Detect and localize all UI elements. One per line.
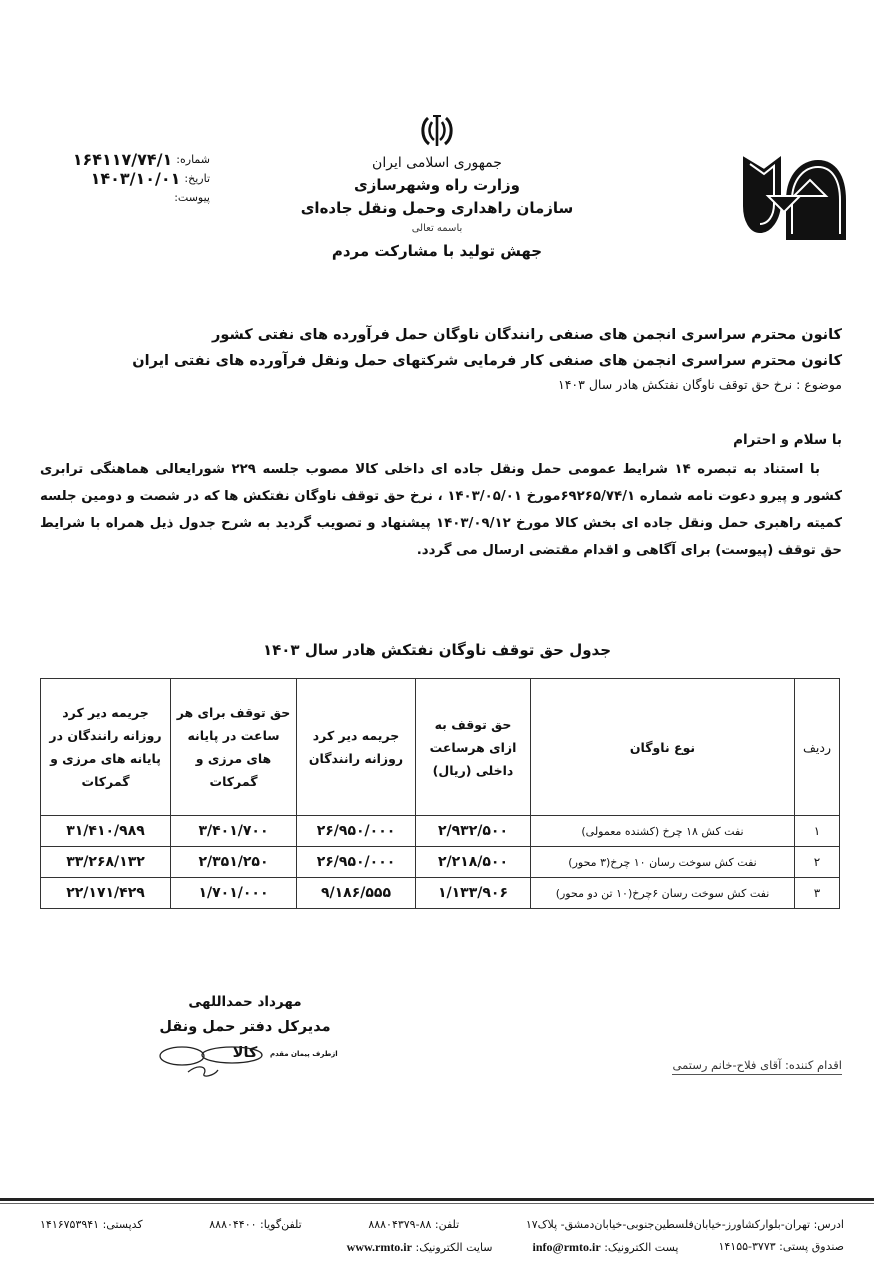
cell-border-hourly: ۳/۴۰۱/۷۰۰ xyxy=(171,816,297,847)
stoppage-rates-table: ردیف نوع ناوگان حق توقف به ازای هرساعت د… xyxy=(40,678,840,909)
footer-divider xyxy=(0,1198,874,1201)
recipient-2: کانون محترم سراسری انجمن های صنفی کار فر… xyxy=(122,348,842,374)
letter-number: شماره: ۱۶۴۱۱۷/۷۴/۱ xyxy=(40,150,210,169)
handwritten-signature-icon xyxy=(158,1042,268,1082)
cell-border-hourly: ۱/۷۰۱/۰۰۰ xyxy=(171,878,297,909)
footer-website-label: سایت الکترونیک: xyxy=(415,1241,492,1254)
footer-website-group: سایت الکترونیک: www.rmto.ir xyxy=(347,1236,493,1259)
footer-po-box: صندوق پستی: ۳۷۷۳-۱۴۱۵۵ xyxy=(718,1236,844,1259)
cell-fleet-type: نفت کش سوخت رسان ۱۰ چرخ(۳ محور) xyxy=(531,847,795,878)
table-header-row: ردیف نوع ناوگان حق توقف به ازای هرساعت د… xyxy=(41,679,840,816)
cell-fleet-type: نفت کش ۱۸ چرخ (کشنده معمولی) xyxy=(531,816,795,847)
letter-number-label: شماره: xyxy=(176,150,210,169)
footer-row-1: ادرس: تهران-بلوارکشاورز-خیابان‌فلسطین‌جن… xyxy=(40,1214,844,1236)
cell-row-number: ۳ xyxy=(795,878,840,909)
footer-phone: تلفن: ۸۸-۸۸۸۰۴۳۷۹ xyxy=(368,1214,459,1236)
footer-postal-code: کدپستی: ۱۴۱۶۷۵۳۹۴۱ xyxy=(40,1214,143,1236)
recipients: کانون محترم سراسری انجمن های صنفی رانندگ… xyxy=(122,322,842,396)
table-row: ۱ نفت کش ۱۸ چرخ (کشنده معمولی) ۲/۹۳۲/۵۰۰… xyxy=(41,816,840,847)
footer-speaking-phone: تلفن‌گویا: ۸۸۸۰۴۴۰۰ xyxy=(209,1214,301,1236)
letter-number-value: ۱۶۴۱۱۷/۷۴/۱ xyxy=(73,150,173,169)
cell-daily-penalty: ۲۶/۹۵۰/۰۰۰ xyxy=(297,816,416,847)
footer-website-link[interactable]: www.rmto.ir xyxy=(347,1240,412,1254)
cell-border-hourly: ۲/۳۵۱/۲۵۰ xyxy=(171,847,297,878)
header-daily-penalty: جریمه دیر کرد روزانه رانندگان xyxy=(297,679,416,816)
header-row-number: ردیف xyxy=(795,679,840,816)
cell-row-number: ۲ xyxy=(795,847,840,878)
table-title: جدول حق توقف ناوگان نفتکش هادر سال ۱۴۰۳ xyxy=(0,641,874,659)
cell-domestic-hourly: ۲/۹۳۲/۵۰۰ xyxy=(416,816,531,847)
invocation: باسمه تعالی xyxy=(260,220,614,238)
cell-daily-penalty: ۹/۱۸۶/۵۵۵ xyxy=(297,878,416,909)
footer-divider-thin xyxy=(0,1203,874,1204)
recipient-1: کانون محترم سراسری انجمن های صنفی رانندگ… xyxy=(122,322,842,348)
cell-row-number: ۱ xyxy=(795,816,840,847)
salutation: با سلام و احترام xyxy=(733,432,842,448)
letter-meta: شماره: ۱۶۴۱۱۷/۷۴/۱ تاریخ: ۱۴۰۳/۱۰/۰۱ پیو… xyxy=(40,150,210,207)
action-by: اقدام کننده: آقای فلاح-خانم رستمی xyxy=(672,1058,842,1075)
cell-border-daily-penalty: ۳۳/۲۶۸/۱۳۲ xyxy=(41,847,171,878)
cell-border-daily-penalty: ۲۲/۱۷۱/۴۲۹ xyxy=(41,878,171,909)
header-fleet-type: نوع ناوگان xyxy=(531,679,795,816)
ministry-name: وزارت راه وشهرسازی xyxy=(260,174,614,196)
header-domestic-hourly: حق توقف به ازای هرساعت داخلی (ریال) xyxy=(416,679,531,816)
body-paragraph: با استناد به تبصره ۱۴ شرایط عمومی حمل ون… xyxy=(40,456,842,564)
footer: ادرس: تهران-بلوارکشاورز-خیابان‌فلسطین‌جن… xyxy=(40,1214,844,1259)
footer-email-group: پست الکترونیک: info@rmto.ir xyxy=(533,1236,679,1259)
letter-body: با استناد به تبصره ۱۴ شرایط عمومی حمل ون… xyxy=(40,456,842,564)
header-border-daily-penalty: جریمه دیر کرد روزانه رانندگان در پایانه … xyxy=(41,679,171,816)
table-row: ۳ نفت کش سوخت رسان ۶چرخ(۱۰ تن دو محور) ۱… xyxy=(41,878,840,909)
footer-email-link[interactable]: info@rmto.ir xyxy=(533,1240,601,1254)
letter-date: تاریخ: ۱۴۰۳/۱۰/۰۱ xyxy=(40,169,210,188)
letter-date-value: ۱۴۰۳/۱۰/۰۱ xyxy=(91,169,181,188)
cell-domestic-hourly: ۲/۲۱۸/۵۰۰ xyxy=(416,847,531,878)
cell-fleet-type: نفت کش سوخت رسان ۶چرخ(۱۰ تن دو محور) xyxy=(531,878,795,909)
rmto-logo-icon xyxy=(740,150,850,242)
national-emblem-icon xyxy=(419,112,455,152)
footer-row-2: صندوق پستی: ۳۷۷۳-۱۴۱۵۵ پست الکترونیک: in… xyxy=(40,1236,844,1259)
header-border-hourly: حق توقف برای هر ساعت در پایانه های مرزی … xyxy=(171,679,297,816)
letterhead: جمهوری اسلامی ایران وزارت راه وشهرسازی س… xyxy=(260,152,614,264)
cell-domestic-hourly: ۱/۱۳۳/۹۰۶ xyxy=(416,878,531,909)
letter-attachment-label: پیوست: xyxy=(174,188,210,207)
cell-daily-penalty: ۲۶/۹۵۰/۰۰۰ xyxy=(297,847,416,878)
on-behalf-note: ازطرف پیمان مقدم xyxy=(270,1050,338,1058)
subject-line: موضوع : نرخ حق توقف ناوگان نفتکش هادر سا… xyxy=(122,374,842,396)
signer-name: مهرداد حمداللهی xyxy=(150,990,340,1014)
letter-attachment: پیوست: xyxy=(40,188,210,207)
footer-email-label: پست الکترونیک: xyxy=(604,1241,678,1254)
letter-date-label: تاریخ: xyxy=(184,169,210,188)
footer-address: ادرس: تهران-بلوارکشاورز-خیابان‌فلسطین‌جن… xyxy=(526,1214,844,1236)
cell-border-daily-penalty: ۳۱/۴۱۰/۹۸۹ xyxy=(41,816,171,847)
slogan: جهش تولید با مشارکت مردم xyxy=(260,238,614,264)
table-row: ۲ نفت کش سوخت رسان ۱۰ چرخ(۳ محور) ۲/۲۱۸/… xyxy=(41,847,840,878)
country-name: جمهوری اسلامی ایران xyxy=(260,152,614,174)
organization-name: سازمان راهداری وحمل ونقل جاده‌ای xyxy=(260,196,614,220)
